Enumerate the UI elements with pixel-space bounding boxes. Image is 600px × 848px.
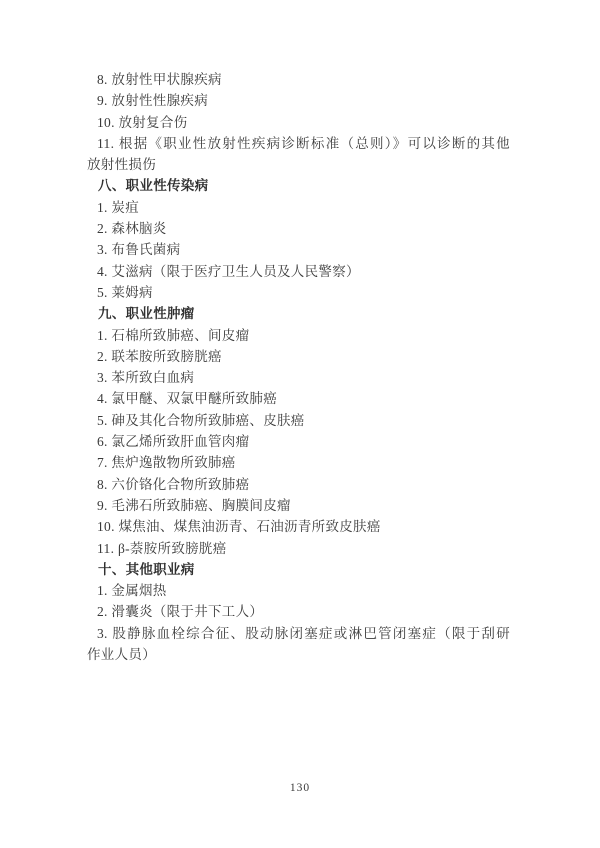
- text-line: 8. 六价铬化合物所致肺癌: [87, 474, 510, 495]
- text-line: 2. 联苯胺所致膀胱癌: [87, 346, 510, 367]
- section-heading: 八、职业性传染病: [87, 175, 510, 196]
- text-line: 11. 根据《职业性放射性疾病诊断标准（总则）》可以诊断的其他: [87, 133, 510, 154]
- section-heading: 九、职业性肿瘤: [87, 303, 510, 324]
- text-line: 4. 艾滋病（限于医疗卫生人员及人民警察）: [87, 261, 510, 282]
- text-line: 11. β-萘胺所致膀胱癌: [87, 538, 510, 559]
- text-line: 2. 滑囊炎（限于井下工人）: [87, 601, 510, 622]
- text-line: 9. 放射性性腺疾病: [87, 90, 510, 111]
- text-line: 作业人员）: [87, 644, 510, 665]
- text-line: 7. 焦炉逸散物所致肺癌: [87, 452, 510, 473]
- text-line: 放射性损伤: [87, 154, 510, 175]
- text-line: 6. 氯乙烯所致肝血管肉瘤: [87, 431, 510, 452]
- text-line: 3. 布鲁氏菌病: [87, 239, 510, 260]
- text-line: 1. 金属烟热: [87, 580, 510, 601]
- text-line: 1. 炭疽: [87, 197, 510, 218]
- page-number: 130: [0, 782, 600, 794]
- document-text-block: 8. 放射性甲状腺疾病9. 放射性性腺疾病10. 放射复合伤11. 根据《职业性…: [87, 69, 510, 665]
- text-line: 4. 氯甲醚、双氯甲醚所致肺癌: [87, 388, 510, 409]
- text-line: 8. 放射性甲状腺疾病: [87, 69, 510, 90]
- text-line: 10. 放射复合伤: [87, 112, 510, 133]
- text-line: 5. 砷及其化合物所致肺癌、皮肤癌: [87, 410, 510, 431]
- section-heading: 十、其他职业病: [87, 559, 510, 580]
- text-line: 1. 石棉所致肺癌、间皮瘤: [87, 325, 510, 346]
- text-line: 10. 煤焦油、煤焦油沥青、石油沥青所致皮肤癌: [87, 516, 510, 537]
- text-line: 3. 苯所致白血病: [87, 367, 510, 388]
- text-line: 2. 森林脑炎: [87, 218, 510, 239]
- text-line: 9. 毛沸石所致肺癌、胸膜间皮瘤: [87, 495, 510, 516]
- document-page: 8. 放射性甲状腺疾病9. 放射性性腺疾病10. 放射复合伤11. 根据《职业性…: [0, 0, 600, 848]
- text-line: 5. 莱姆病: [87, 282, 510, 303]
- text-line: 3. 股静脉血栓综合征、股动脉闭塞症或淋巴管闭塞症（限于刮研: [87, 623, 510, 644]
